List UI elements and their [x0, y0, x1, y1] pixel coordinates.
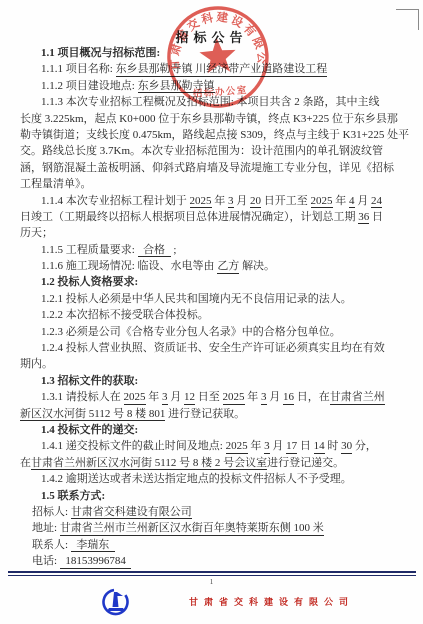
line-text: 日竣工（工期最终以招标人根据项目总体进展情况确定），计划总工期 [20, 211, 358, 223]
underlined-value: 2025 [223, 391, 245, 405]
line-text: 联系人: [32, 539, 71, 551]
document-line: 电话: 18153996784 [20, 553, 416, 569]
line-text: 日至 [195, 391, 223, 403]
line-text: 期内。 [20, 358, 53, 370]
document-line: 1.2 投标人资格要求: [20, 274, 416, 290]
line-text: 进行登记获取。 [165, 408, 245, 420]
document-line: 1.2.1 投标人必须是中华人民共和国境内无不良信用记录的法人。 [20, 291, 416, 307]
line-text: 勒寺镇街道；支线长度 0.475km，路线起点接 S309，终点与主线于 K31… [20, 129, 409, 141]
document-line: 1.1.2 项目建设地点: 东乡县那勒寺镇 [20, 78, 416, 94]
line-text: 工程量清单》。 [20, 178, 92, 190]
document-line: 长度 3.225km，起点 K0+000 位于东乡县那勒寺镇，终点 K3+225… [20, 111, 416, 127]
line-text: 1.2.4 投标人营业执照、资质证书、安全生产许可证必须真实且均在有效 [41, 342, 385, 354]
line-text: 年 [248, 440, 265, 452]
underlined-value: 30 [341, 440, 352, 454]
line-text: 1.2.3 必须是公司《合格专业分包人名录》中的合格分包单位。 [41, 326, 341, 338]
line-text: 长度 3.225km，起点 K0+000 位于东乡县那勒寺镇，终点 K3+225… [20, 113, 398, 125]
line-text: 分， [352, 440, 377, 452]
line-text: 1.2 投标人资格要求: [41, 276, 138, 288]
line-text: 1.5 联系方式: [41, 490, 105, 502]
underlined-value: 18153996784 [60, 555, 132, 569]
line-text: 年 [146, 391, 163, 403]
document-line: 1.3.1 请投标人在 2025 年 3 月 12 日至 2025 年 3 月 … [20, 389, 416, 405]
line-text: 日开工至 [261, 195, 311, 207]
line-text: 月 [270, 440, 287, 452]
underlined-value: 东乡县那勒寺镇 川经济带产业道路建设工程 [116, 63, 328, 77]
document-line: 1.1.3 本次专业招标工程概况及招标范围: 本项目共含 2 条路，其中主线 [20, 94, 416, 110]
underlined-value: 20 [250, 195, 261, 209]
document-line: 1.4 投标文件的递交: [20, 422, 416, 438]
line-text: 日 [297, 440, 314, 452]
page-number: 1 [0, 578, 423, 586]
line-text: 招标人: [32, 506, 71, 518]
line-text: 解决。 [239, 260, 275, 272]
document-line: 1.1.5 工程质量要求: 合格 ; [20, 242, 416, 258]
document-line: 日竣工（工期最终以招标人根据项目总体进展情况确定），计划总工期 36 日 [20, 209, 416, 225]
document-line: 1.1.1 项目名称: 东乡县那勒寺镇 川经济带产业道路建设工程 [20, 61, 416, 77]
line-text: 在 [20, 457, 31, 469]
line-text: 1.1.1 项目名称: [41, 63, 116, 75]
line-text: 1.1.5 工程质量要求: [41, 244, 138, 256]
line-text: 月 [234, 195, 251, 207]
document-page: 招标公告 1.1 项目概况与招标范围:1.1.1 项目名称: 东乡县那勒寺镇 川… [0, 0, 423, 624]
underlined-value: 李瑞东 [71, 539, 115, 553]
underlined-value: 16 [283, 391, 294, 405]
line-text: ; [171, 244, 177, 256]
underlined-value: 甘肃省兰州市兰州新区汉水街百年奥特莱斯东侧 100 米 [60, 522, 324, 536]
underlined-value: 36 [358, 211, 369, 225]
line-text: 月 [355, 195, 372, 207]
underlined-value: 甘肃省兰州新区汉水河街 5112 号 8 楼 2 号会议室 [31, 457, 267, 471]
document-line: 1.2.3 必须是公司《合格专业分包人名录》中的合格分包单位。 [20, 324, 416, 340]
line-text: 涵，钢筋混凝土盖板明涵、仰斜式路肩墙及导流堤施工专业分包，详见《招标 [20, 162, 394, 174]
document-line: 1.4.1 递交投标文件的截止时间及地点: 2025 年 3 月 17 日 14… [20, 438, 416, 454]
document-line: 1.5 联系方式: [20, 488, 416, 504]
underlined-value: 2025 [311, 195, 333, 209]
document-line: 1.1.4 本次专业招标工程计划于 2025 年 3 月 20 日开工至 202… [20, 193, 416, 209]
document-line: 在甘肃省兰州新区汉水河街 5112 号 8 楼 2 号会议室进行登记递交。 [20, 455, 416, 471]
document-line: 1.2.2 本次招标不接受联合体投标。 [20, 307, 416, 323]
line-text: 电话: [32, 555, 60, 567]
line-text: 1.4.2 逾期送达或者未送达指定地点的投标文件招标人不予受理。 [41, 473, 352, 485]
line-text: 历天； [20, 227, 53, 239]
line-text: 月 [267, 391, 284, 403]
footer-company-name: 甘肃省交科建设有限公司 [189, 595, 354, 608]
document-line: 勒寺镇街道；支线长度 0.475km，路线起点接 S309，终点与主线于 K31… [20, 127, 416, 143]
underlined-value: 乙方 [217, 260, 239, 274]
underlined-value: 12 [184, 391, 195, 405]
line-text: 地址: [32, 522, 60, 534]
document-line: 1.1 项目概况与招标范围: [20, 45, 416, 61]
underlined-value: 合格 [138, 244, 171, 258]
line-text: 1.1.2 项目建设地点: [41, 80, 138, 92]
line-text: 1.2.1 投标人必须是中华人民共和国境内无不良信用记录的法人。 [41, 293, 352, 305]
document-body: 1.1 项目概况与招标范围:1.1.1 项目名称: 东乡县那勒寺镇 川经济带产业… [20, 45, 416, 570]
underlined-value: 东乡县那勒寺镇 [138, 80, 215, 94]
document-line: 新区汉水河街 5112 号 8 楼 801 进行登记获取。 [20, 406, 416, 422]
document-line: 地址: 甘肃省兰州市兰州新区汉水街百年奥特莱斯东侧 100 米 [20, 520, 416, 536]
document-line: 1.2.4 投标人营业执照、资质证书、安全生产许可证必须真实且均在有效 [20, 340, 416, 356]
footer-divider [8, 571, 416, 576]
document-line: 招标人: 甘肃省交科建设有限公司 [20, 504, 416, 520]
document-line: 工程量清单》。 [20, 176, 416, 192]
underlined-value: 14 [314, 440, 325, 454]
document-line: 历天； [20, 225, 416, 241]
line-text: 1.3.1 请投标人在 [41, 391, 124, 403]
line-text: 时 [325, 440, 342, 452]
line-text: 进行登记递交。 [267, 457, 344, 469]
underlined-value: 17 [286, 440, 297, 454]
line-text: 1.1.3 本次专业招标工程概况及招标范围: 本项目共含 2 条路，其中主线 [41, 96, 380, 108]
line-text: 1.1.6 施工现场情况: 临设、水电等由 [41, 260, 217, 272]
line-text: 年 [245, 391, 262, 403]
document-line: 期内。 [20, 356, 416, 372]
line-text: 交。路线总长度 3.7Km。本次专业招标范围为：设计范围内的单孔钢波纹管 [20, 145, 383, 157]
document-line: 1.1.6 施工现场情况: 临设、水电等由 乙方 解决。 [20, 258, 416, 274]
document-line: 联系人: 李瑞东 [20, 537, 416, 553]
document-line: 涵，钢筋混凝土盖板明涵、仰斜式路肩墙及导流堤施工专业分包，详见《招标 [20, 160, 416, 176]
underlined-value: 24 [371, 195, 382, 209]
line-text: 1.1.4 本次专业招标工程计划于 [41, 195, 190, 207]
line-text: 年 [212, 195, 229, 207]
line-text: 1.1 项目概况与招标范围: [41, 47, 160, 59]
underlined-value: 甘肃省兰州 [330, 391, 385, 405]
document-line: 1.3 招标文件的获取: [20, 373, 416, 389]
line-text: 日，在 [294, 391, 330, 403]
line-text: 日 [369, 211, 383, 223]
line-text: 1.4 投标文件的递交: [41, 424, 138, 436]
document-title: 招标公告 [0, 27, 423, 46]
underlined-value: 2025 [124, 391, 146, 405]
underlined-value: 甘肃省交科建设有限公司 [71, 506, 192, 520]
document-line: 交。路线总长度 3.7Km。本次专业招标范围为：设计范围内的单孔钢波纹管 [20, 143, 416, 159]
underlined-value: 2025 [190, 195, 212, 209]
underlined-value: 新区汉水河街 5112 号 8 楼 801 [20, 408, 165, 422]
document-line: 1.4.2 逾期送达或者未送达指定地点的投标文件招标人不予受理。 [20, 471, 416, 487]
line-text: 月 [168, 391, 185, 403]
underlined-value: 2025 [226, 440, 248, 454]
line-text: 1.4.1 递交投标文件的截止时间及地点: [41, 440, 226, 452]
company-logo-icon [101, 587, 131, 619]
line-text: 年 [333, 195, 350, 207]
line-text: 1.3 招标文件的获取: [41, 375, 138, 387]
line-text: 1.2.2 本次招标不接受联合体投标。 [41, 309, 209, 321]
